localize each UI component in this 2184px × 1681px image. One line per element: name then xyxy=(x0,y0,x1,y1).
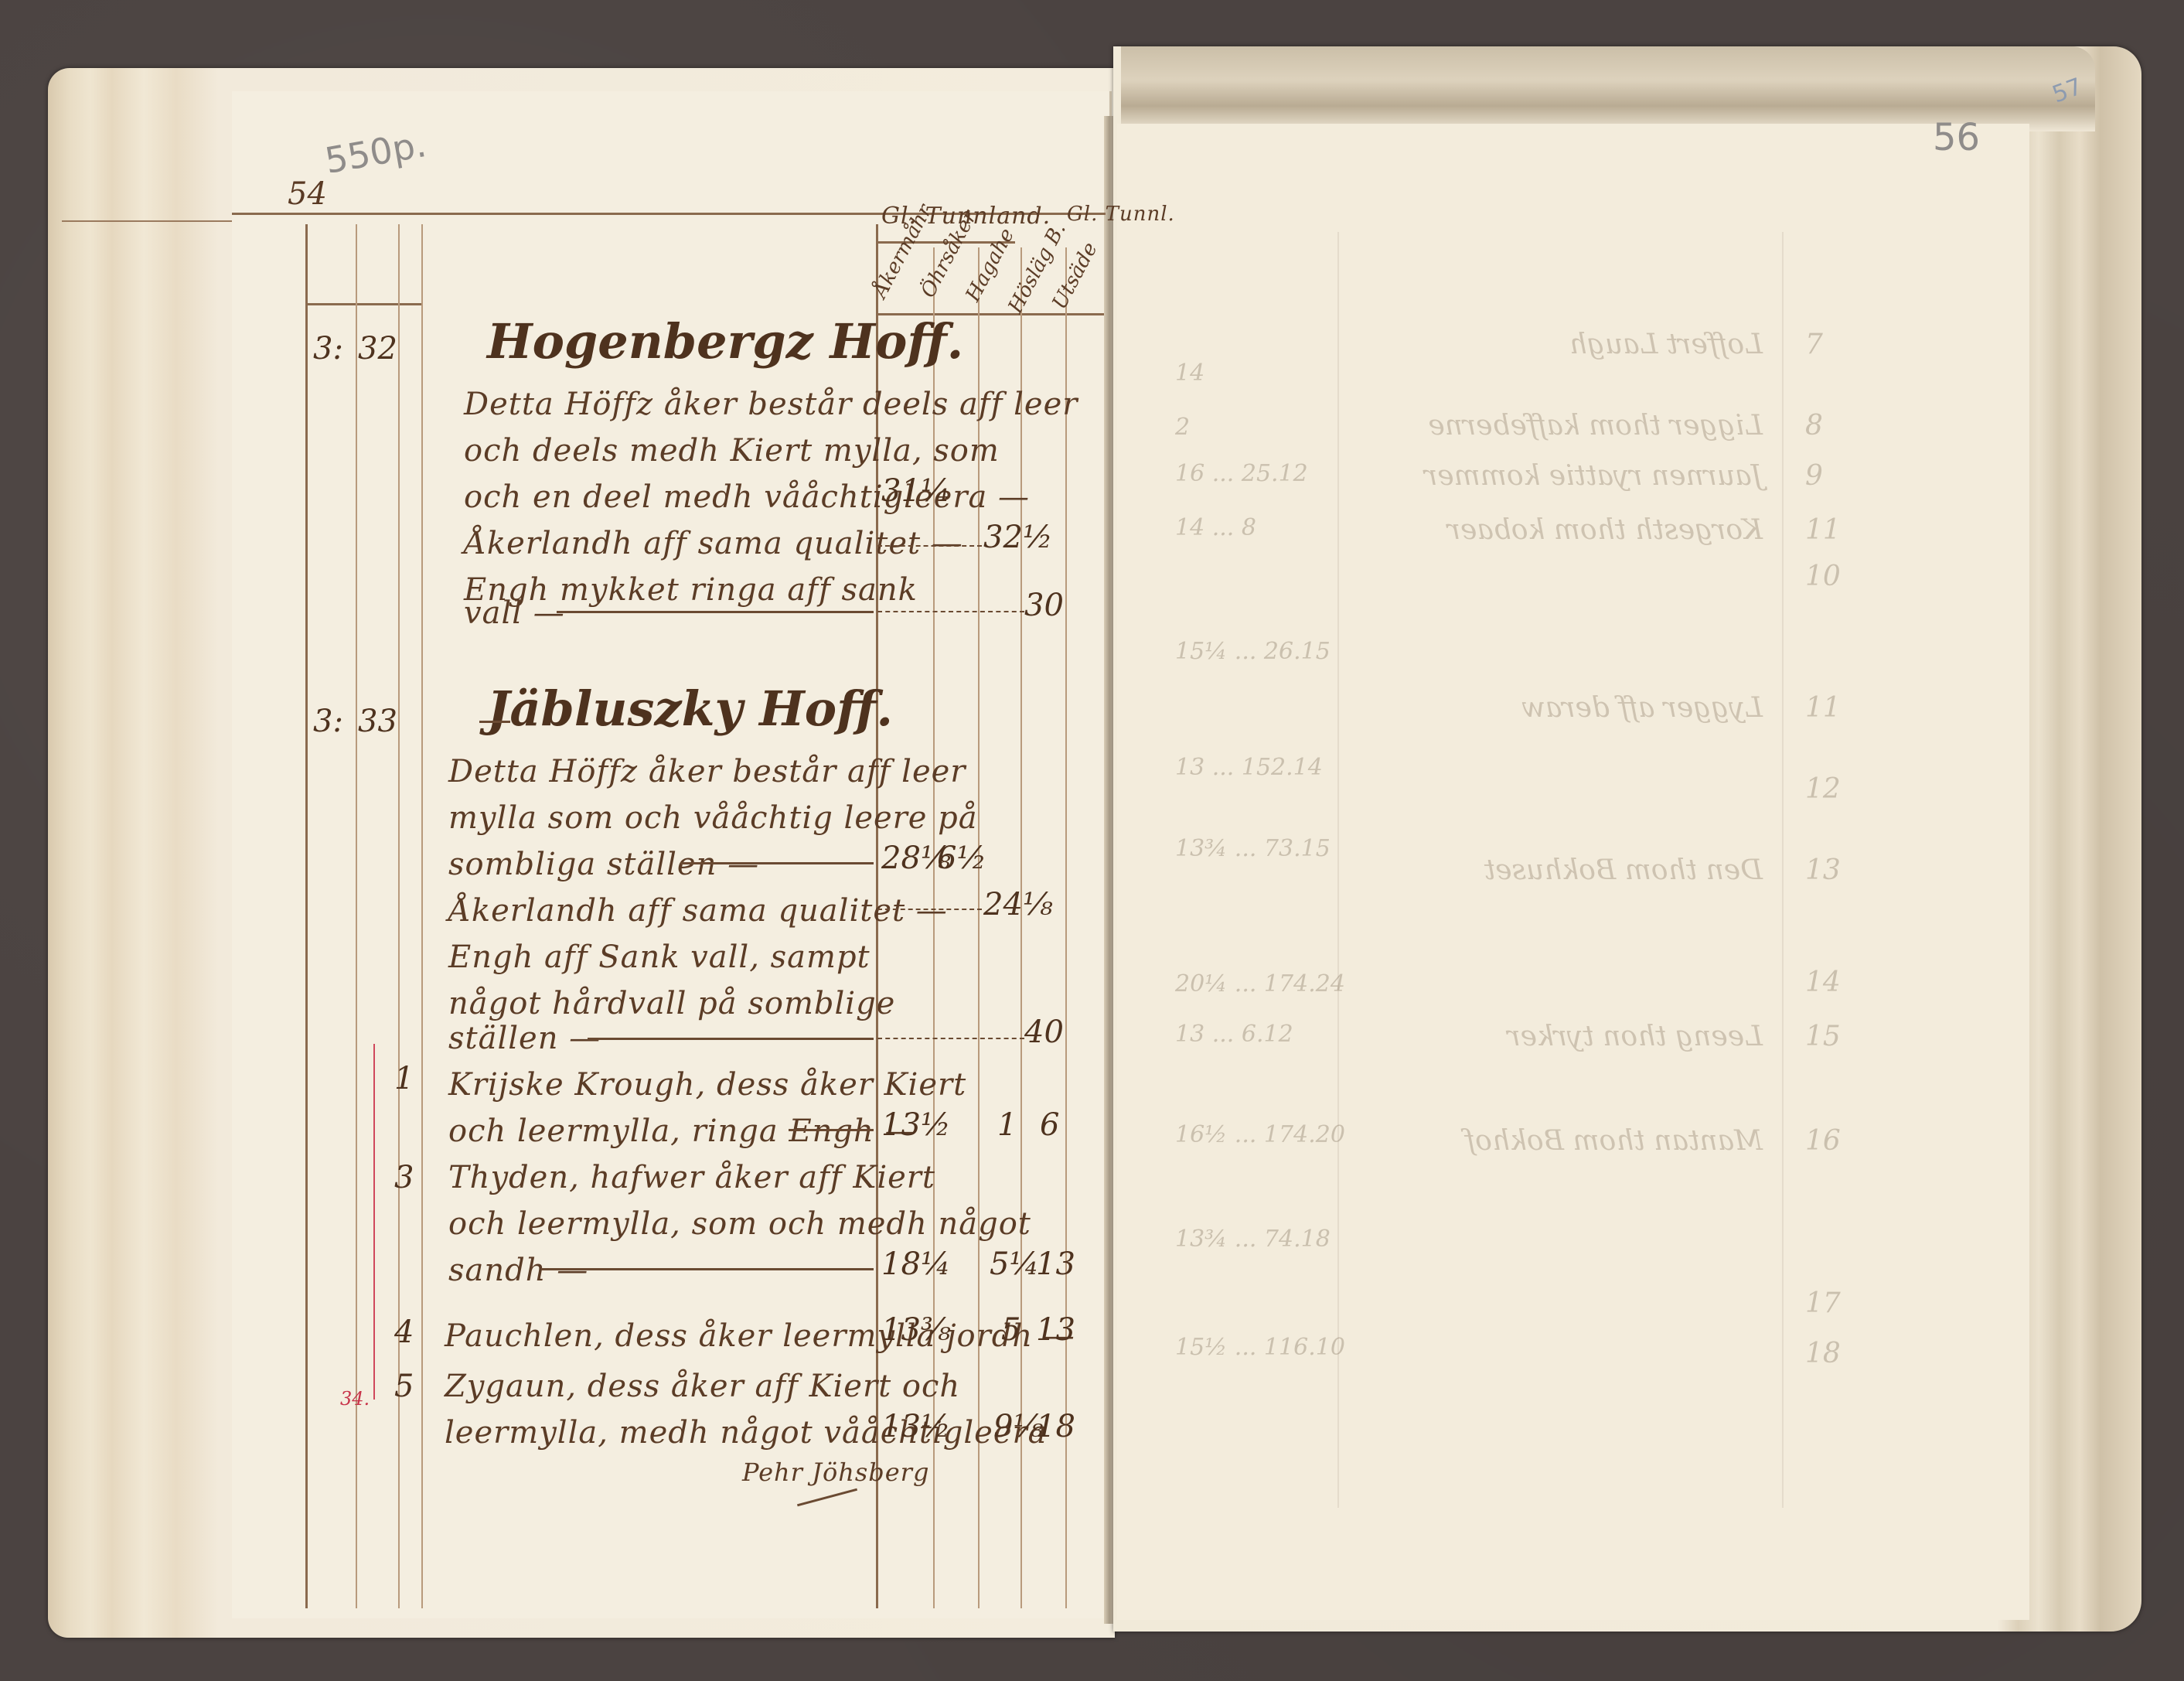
leader-dashes xyxy=(877,909,982,910)
ghost-line-number: 13 xyxy=(1805,854,1841,886)
entry-line: Engh aff Sank vall, sampt xyxy=(448,939,871,975)
value-cell: 31¼ xyxy=(881,473,951,509)
ghost-values: 14 xyxy=(1175,360,1204,387)
ghost-values: 15¼ ... 26.15 xyxy=(1175,638,1331,665)
header-rule-stack xyxy=(62,220,232,222)
value-cell: 13 xyxy=(1036,1246,1075,1282)
leader-dashes xyxy=(877,1038,1024,1039)
ghost-text: Mantan thom Bokhof xyxy=(1361,1125,1763,1157)
entry-heading: Jäbluszky Hoff. xyxy=(487,680,893,737)
margin-rule-1 xyxy=(305,224,308,1608)
entry-line: mylla som och vååchtig leere på xyxy=(448,800,978,836)
ghost-line-number: 15 xyxy=(1805,1021,1841,1052)
ghost-text: Lygger aff deraw xyxy=(1361,692,1763,724)
ghost-text: Jaurnen ryattie kommer xyxy=(1361,460,1763,492)
ghost-line-number: 17 xyxy=(1805,1287,1841,1319)
folio-number-left: 54 xyxy=(288,176,327,212)
ghost-values: 14 ... 8 xyxy=(1175,514,1256,541)
sub-entry-number: 3 xyxy=(394,1160,414,1195)
red-margin-number: 34. xyxy=(340,1388,370,1410)
entry-line: ställen — xyxy=(448,1021,601,1056)
entry-line: Zygaun, dess åker aff Kiert och xyxy=(445,1369,960,1404)
ghost-values: 13¾ ... 73.15 xyxy=(1175,835,1331,862)
value-cell: 32½ xyxy=(983,520,1053,555)
entry-red-number: 32 xyxy=(358,331,397,367)
value-cell: 13⅜ xyxy=(881,1312,951,1348)
sub-entry-number: 4 xyxy=(394,1314,414,1350)
ghost-line-number: 16 xyxy=(1805,1125,1841,1157)
value-cell: 13½ xyxy=(881,1107,951,1143)
entry-heading: Hogenbergz Hoff. xyxy=(487,313,963,370)
value-cell: 1 xyxy=(997,1107,1017,1143)
value-cell: 13½ xyxy=(881,1409,951,1444)
value-cell: 5 xyxy=(1001,1312,1020,1348)
red-margin-bracket xyxy=(373,1044,375,1400)
entry-red-number: 33 xyxy=(358,704,397,739)
ghost-text: Den thom Bokhuset xyxy=(1361,854,1763,886)
entry-ref-number: 3: xyxy=(313,331,343,367)
entry-line: och leermylla, ringa Engh — xyxy=(448,1113,917,1149)
ghost-line-number: 14 xyxy=(1805,967,1841,998)
heading-underline xyxy=(479,721,510,723)
ghost-line-number: 11 xyxy=(1805,514,1841,546)
leader-line xyxy=(680,862,874,864)
ghost-values: 16 ... 25.12 xyxy=(1175,460,1308,487)
value-cell: 18 xyxy=(1036,1409,1075,1444)
signature: Pehr Jöhsberg xyxy=(742,1458,929,1487)
ghost-values: 15½ ... 116.10 xyxy=(1175,1334,1345,1361)
value-cell: 6½ xyxy=(937,840,986,876)
ghost-rule xyxy=(1782,232,1784,1508)
folio-number-right: 56 xyxy=(1933,116,1980,159)
entry-line: Pauchlen, dess åker leermylla jordh — xyxy=(445,1318,1075,1354)
value-cell: 5¼ xyxy=(990,1246,1039,1282)
entry-line: Thyden, hafwer åker aff Kiert xyxy=(448,1160,935,1195)
leader-line xyxy=(541,1268,874,1270)
margin-subrule xyxy=(305,303,421,305)
value-cell: 13 xyxy=(1036,1312,1075,1348)
leader-line xyxy=(789,1129,874,1131)
entry-line: vall — xyxy=(464,595,565,631)
sub-entry-number: 1 xyxy=(394,1061,414,1096)
leader-line xyxy=(588,1038,874,1040)
ghost-line-number: 18 xyxy=(1805,1338,1841,1369)
value-cell: 6 xyxy=(1040,1107,1059,1143)
ghost-values: 2 xyxy=(1175,414,1190,441)
ghost-line-number: 7 xyxy=(1805,329,1823,360)
entry-line: Detta Höffz åker består aff leer xyxy=(448,754,966,789)
margin-rule-4 xyxy=(421,224,423,1608)
ghost-rule xyxy=(1337,232,1339,1508)
entry-line: något hårdvall på somblige xyxy=(448,986,895,1021)
leader-dashes xyxy=(877,545,982,547)
ghost-line-number: 9 xyxy=(1805,460,1823,492)
entry-line: Krijske Krough, dess åker Kiert xyxy=(448,1067,966,1103)
entry-line: sandh — xyxy=(448,1253,588,1288)
ghost-values: 13¾ ... 74.18 xyxy=(1175,1226,1331,1253)
ghost-values: 20¼ ... 174.24 xyxy=(1175,970,1345,997)
entry-ref-number: 3: xyxy=(313,704,343,739)
leader-dashes xyxy=(877,611,1024,612)
entry-line: sombliga ställen — xyxy=(448,847,759,882)
value-cell: 18¼ xyxy=(881,1246,951,1282)
leader-line xyxy=(557,611,874,613)
ghost-values: 13 ... 152.14 xyxy=(1175,754,1323,781)
entry-line: Detta Höffz åker består deels aff leer xyxy=(464,387,1078,422)
value-cell: 30 xyxy=(1024,588,1064,623)
ghost-line-number: 10 xyxy=(1805,561,1841,592)
ghost-values: 16½ ... 174.20 xyxy=(1175,1121,1345,1148)
ghost-text: Korgesth thom kobaer xyxy=(1361,514,1763,546)
entry-line: och deels medh Kiert mylla, som xyxy=(464,433,1000,469)
sub-entry-number: 5 xyxy=(394,1369,414,1404)
ghost-line-number: 8 xyxy=(1805,410,1823,442)
entry-line: Åkerlandh aff sama qualitet — xyxy=(448,893,948,929)
entry-line: Åkerlandh aff sama qualitet — xyxy=(464,526,963,561)
entry-line: och leermylla, som och medh något xyxy=(448,1206,1031,1242)
column-rule-5 xyxy=(1065,247,1067,1608)
value-cell: 24⅛ xyxy=(983,887,1053,922)
ghost-text: Leeng thon tyrker xyxy=(1361,1021,1763,1052)
ghost-line-number: 12 xyxy=(1805,773,1841,805)
ghost-text: Loffert Laugh xyxy=(1361,329,1763,360)
ghost-values: 13 ... 6.12 xyxy=(1175,1021,1293,1048)
column-rule-4 xyxy=(1020,247,1022,1608)
ghost-text: Ligger thom kaffeberne xyxy=(1361,410,1763,442)
ghost-line-number: 11 xyxy=(1805,692,1841,724)
column-group-header-2: Gl. Tunnl. xyxy=(1067,203,1175,226)
value-cell: 40 xyxy=(1024,1014,1064,1050)
entry-line: leermylla, medh något vååchtigleera xyxy=(445,1415,1047,1451)
